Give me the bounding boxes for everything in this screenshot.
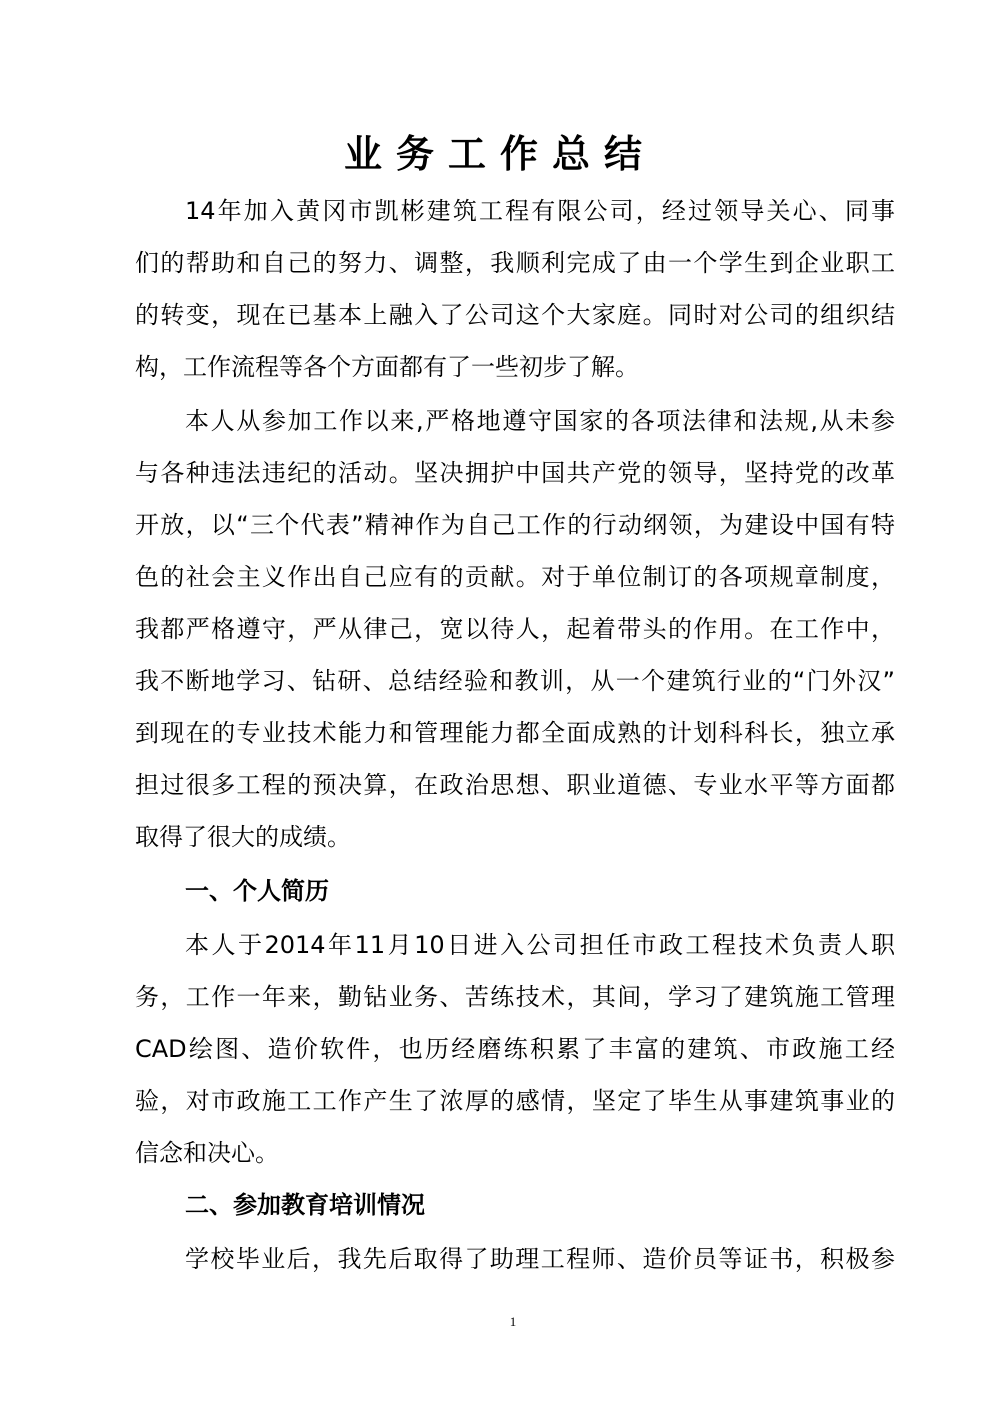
- paragraph-1-line-3: 的转变，现在已基本上融入了公司这个大家庭。同时对公司的组织结: [135, 297, 895, 333]
- paragraph-3-line-1: 本人于2014年11月10日进入公司担任市政工程技术负责人职: [185, 927, 895, 963]
- paragraph-2-line-3: 开放，以“三个代表”精神作为自己工作的行动纲领，为建设中国有特: [135, 507, 895, 543]
- paragraph-2-line-8: 担过很多工程的预决算，在政治思想、职业道德、专业水平等方面都: [135, 767, 895, 803]
- document-title: 业务工作总结: [0, 128, 1000, 180]
- paragraph-3-line-3: CAD绘图、造价软件，也历经磨练积累了丰富的建筑、市政施工经: [135, 1031, 895, 1067]
- paragraph-3-line-4: 验，对市政施工工作产生了浓厚的感情，坚定了毕生从事建筑事业的: [135, 1083, 895, 1119]
- paragraph-1-line-1: 14年加入黄冈市凯彬建筑工程有限公司，经过领导关心、同事: [185, 193, 895, 229]
- document-page: 业务工作总结 14年加入黄冈市凯彬建筑工程有限公司，经过领导关心、同事 们的帮助…: [0, 0, 1000, 1415]
- paragraph-2-line-2: 与各种违法违纪的活动。坚决拥护中国共产党的领导，坚持党的改革: [135, 455, 895, 491]
- paragraph-2-line-9: 取得了很大的成绩。: [135, 819, 895, 855]
- paragraph-2-line-4: 色的社会主义作出自己应有的贡献。对于单位制订的各项规章制度，: [135, 559, 895, 595]
- paragraph-1-line-2: 们的帮助和自己的努力、调整，我顺利完成了由一个学生到企业职工: [135, 245, 895, 281]
- paragraph-1-line-4: 构，工作流程等各个方面都有了一些初步了解。: [135, 349, 895, 385]
- paragraph-2-line-6: 我不断地学习、钻研、总结经验和教训，从一个建筑行业的“门外汉”: [135, 663, 895, 699]
- paragraph-2-line-5: 我都严格遵守，严从律己，宽以待人，起着带头的作用。在工作中，: [135, 611, 895, 647]
- paragraph-4-line-1: 学校毕业后，我先后取得了助理工程师、造价员等证书，积极参: [185, 1241, 895, 1277]
- paragraph-3-line-5: 信念和决心。: [135, 1135, 895, 1171]
- page-number: 1: [0, 1313, 1000, 1331]
- section-heading-training: 二、参加教育培训情况: [185, 1187, 425, 1223]
- paragraph-3-line-2: 务，工作一年来，勤钻业务、苦练技术，其间，学习了建筑施工管理: [135, 979, 895, 1015]
- section-heading-resume: 一、个人简历: [185, 873, 329, 909]
- paragraph-2-line-1: 本人从参加工作以来,严格地遵守国家的各项法律和法规,从未参: [185, 403, 895, 439]
- paragraph-2-line-7: 到现在的专业技术能力和管理能力都全面成熟的计划科科长，独立承: [135, 715, 895, 751]
